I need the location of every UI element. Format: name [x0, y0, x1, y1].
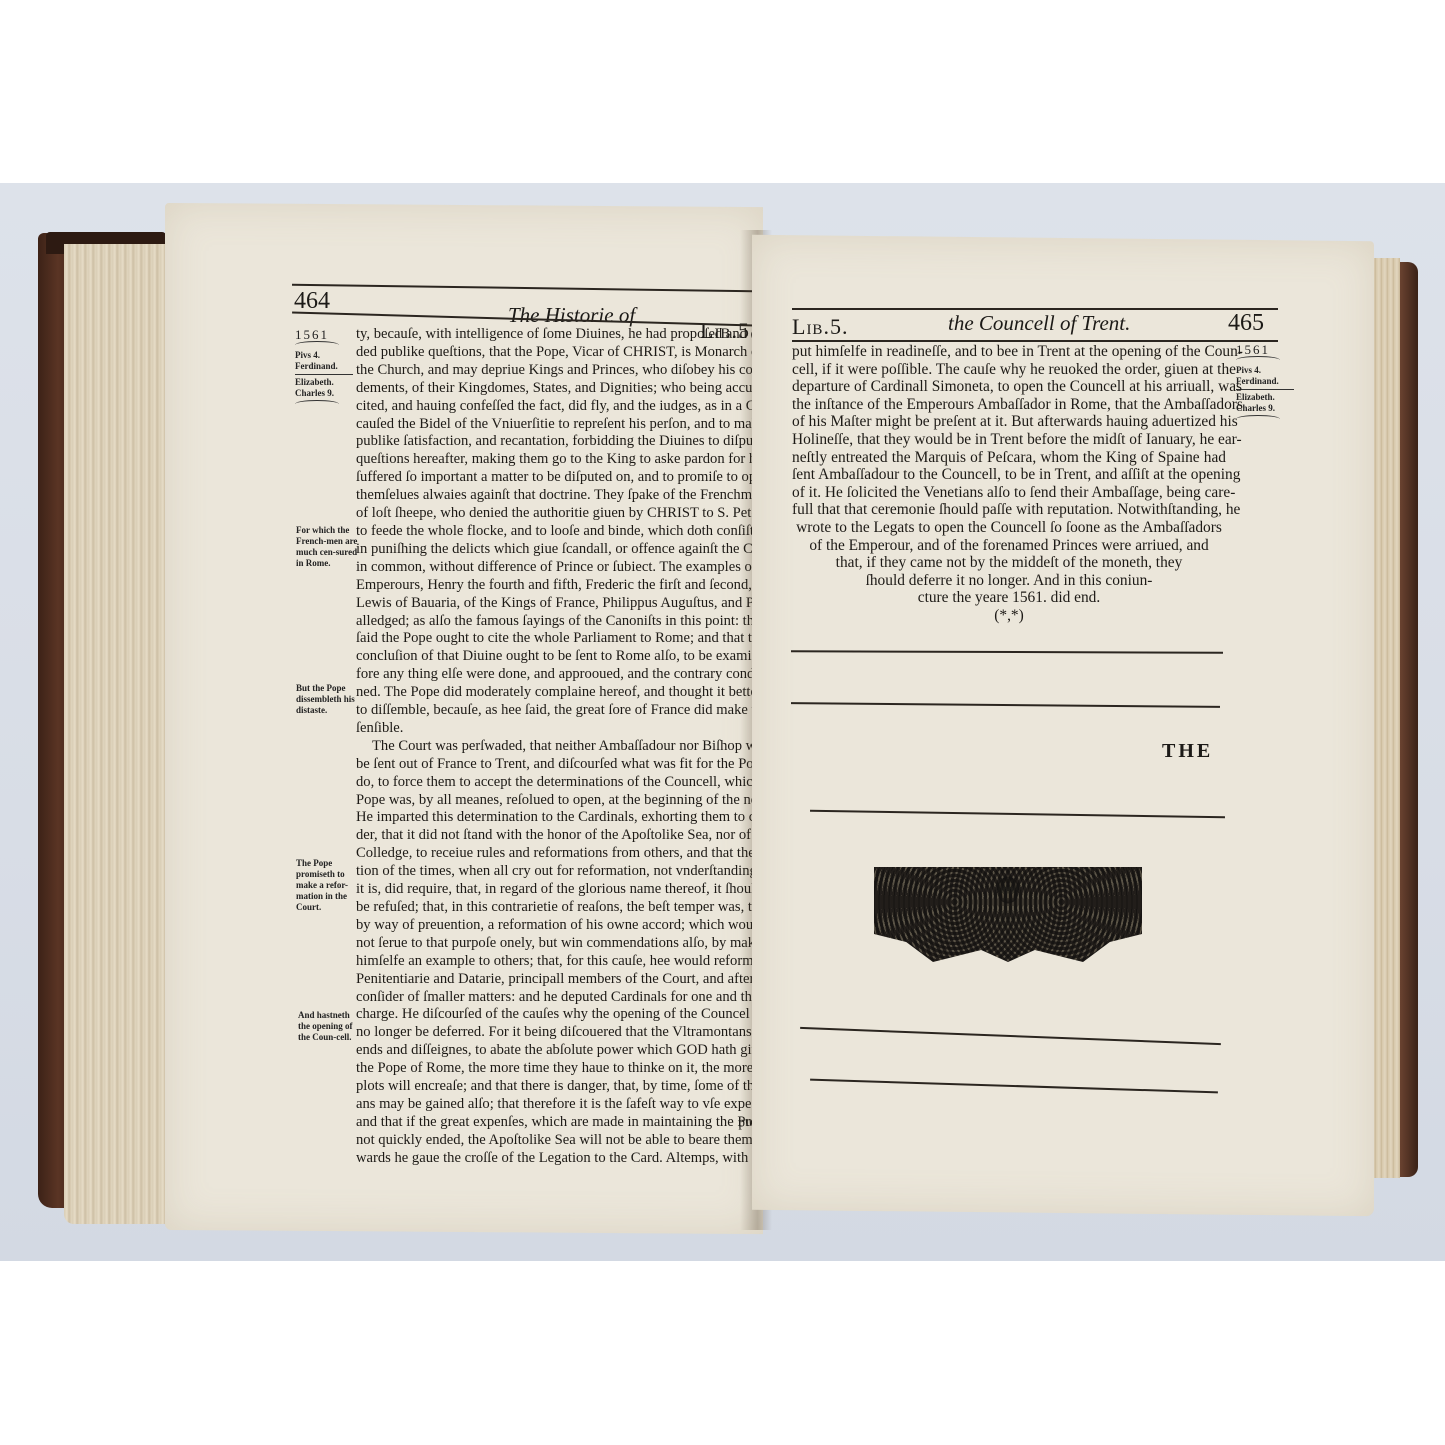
margin-note-2: But the Pope dissembleth his distaste.	[296, 683, 358, 716]
text-line: and that if the great expenſes, which ar…	[356, 1114, 754, 1132]
text-line: ſuffered ſo important a matter to be diſ…	[356, 469, 754, 487]
text-line: conſider of ſmaller matters: and he depu…	[356, 989, 754, 1007]
text-line: it is, did require, that, in regard of t…	[356, 881, 754, 899]
text-line: to feede the whole flocke, and to looſe …	[356, 523, 754, 541]
text-line: to diſſemble, becauſe, as hee ſaid, the …	[356, 702, 754, 720]
margin-year: 1561	[1236, 344, 1294, 355]
text-line: Colledge, to receiue rules and reformati…	[356, 845, 754, 863]
text-line: der, that it did not ſtand with the hono…	[356, 827, 754, 845]
text-line: himſelfe an example to others; that, for…	[356, 953, 754, 971]
body-text-right: put himſelfe in readineſſe, and to bee i…	[792, 343, 1226, 625]
text-line: ned. The Pope did moderately complaine h…	[356, 684, 754, 702]
text-line-tapered: ſhould deferre it no longer. And in this…	[792, 572, 1226, 590]
text-line: be refuſed; that, in this contrarietie o…	[356, 899, 754, 917]
margin-regnal-left: 1561 Pivs 4. Ferdinand. Elizabeth. Charl…	[295, 329, 353, 409]
margin-monarch-1: Elizabeth.	[295, 377, 353, 388]
text-line: neſtly entreated the Marquis of Peſcara,…	[792, 449, 1226, 467]
margin-pope: Pivs 4.	[1236, 365, 1294, 376]
text-line: the inſtance of the Emperours Ambaſſador…	[792, 396, 1226, 414]
text-line: ends and diſſeignes, to abate the abſolu…	[356, 1042, 754, 1060]
text-line: cell, if it were poſſible. The cauſe why…	[792, 361, 1226, 379]
page-edges-right	[1370, 258, 1400, 1178]
running-title-right: the Councell of Trent.	[948, 311, 1130, 336]
margin-emperor: Ferdinand.	[1236, 376, 1294, 387]
text-line: concluſion of that Diuine ought to be ſe…	[356, 648, 754, 666]
woodcut-tailpiece-ornament	[874, 862, 1142, 962]
text-line: Emperours, Henry the fourth and fifth, F…	[356, 577, 754, 595]
text-line: ans may be gained alſo; that therefore i…	[356, 1096, 754, 1114]
text-line-tapered: that, if they came not by the middeſt of…	[792, 554, 1226, 572]
text-line-tapered: wrote to the Legats to open the Councell…	[792, 519, 1226, 537]
margin-monarch-2: Charles 9.	[1236, 403, 1294, 414]
text-line: Penitentiarie and Datarie, principall me…	[356, 971, 754, 989]
text-line: of his Maſter might be preſent at it. Bu…	[792, 413, 1226, 431]
text-line: tion of the times, when all cry out for …	[356, 863, 754, 881]
text-line-tapered: of the Emperour, and of the forenamed Pr…	[792, 537, 1226, 555]
swash-ornament	[295, 400, 339, 408]
text-line: in common, without difference of Prince …	[356, 559, 754, 577]
page-number-right: 465	[1228, 310, 1264, 337]
text-line: of it. He ſolicited the Venetians alſo t…	[792, 484, 1226, 502]
text-line: charge. He diſcourſed of the cauſes why …	[356, 1006, 754, 1024]
text-line: themſelues alwaies againſt that doctrine…	[356, 487, 754, 505]
text-line: the Church, and may depriue Kings and Pr…	[356, 362, 754, 380]
header-rule-bottom-right	[792, 340, 1278, 342]
text-line: not quickly ended, the Apoſtolike Sea wi…	[356, 1132, 754, 1150]
margin-monarch-1: Elizabeth.	[1236, 392, 1294, 403]
text-line: ſenſible.	[356, 720, 754, 738]
text-line: publike ſatisfaction, and recantation, f…	[356, 433, 754, 451]
header-rule-top-right	[792, 308, 1278, 310]
text-line: the Pope of Rome, the more time they hau…	[356, 1060, 754, 1078]
text-line: ty, becauſe, with intelligence of ſome D…	[356, 326, 754, 344]
text-line: queſtions hereafter, making them go to t…	[356, 451, 754, 469]
swash-ornament	[295, 341, 339, 349]
text-line: Holineſſe, that they would be in Trent b…	[792, 431, 1226, 449]
margin-emperor: Ferdinand.	[295, 361, 353, 372]
text-line: put himſelfe in readineſſe, and to bee i…	[792, 343, 1226, 361]
text-line: ſent Ambaſſadour to the Councell, to be …	[792, 466, 1226, 484]
book-label-right: Lib.5.	[792, 314, 848, 340]
text-line: The Court was perſwaded, that neither Am…	[356, 738, 754, 756]
text-line-tapered: cture the yeare 1561. did end.	[792, 589, 1226, 607]
text-line: of loſt ſheepe, who denied the authoriti…	[356, 505, 754, 523]
text-line: ded publike queſtions, that the Pope, Vi…	[356, 344, 754, 362]
text-line: by way of preuention, a reformation of h…	[356, 917, 754, 935]
text-line: departure of Cardinall Simoneta, to open…	[792, 378, 1226, 396]
margin-note-4: And hastneth the opening of the Coun-cel…	[298, 1010, 360, 1043]
text-line: dements, of their Kingdomes, States, and…	[356, 380, 754, 398]
text-line: cauſed the Bidel of the Vniuerſitie to r…	[356, 416, 754, 434]
text-line: wards he gaue the croſſe of the Legation…	[356, 1150, 754, 1168]
text-line: fore any thing elſe were done, and appro…	[356, 666, 754, 684]
text-line: Pope was, by all meanes, reſolued to ope…	[356, 792, 754, 810]
running-title-left: The Historie of	[508, 303, 635, 328]
text-line: ſaid the Pope ought to cite the whole Pa…	[356, 630, 754, 648]
margin-note-1: For which the French-men are much cen-su…	[296, 525, 358, 569]
text-line: He imparted this determination to the Ca…	[356, 809, 754, 827]
margin-monarch-2: Charles 9.	[295, 388, 353, 399]
text-line: Lewis of Bauaria, of the Kings of France…	[356, 595, 754, 613]
page-edges-left	[64, 244, 174, 1224]
body-text-left: ty, becauſe, with intelligence of ſome D…	[356, 326, 754, 1168]
text-line: full that that ceremonie ſhould paſſe wi…	[792, 501, 1226, 519]
text-line: be ſent out of France to Trent, and diſc…	[356, 756, 754, 774]
text-line: alledged; as alſo the famous ſayings of …	[356, 613, 754, 631]
margin-regnal-right: 1561 Pivs 4. Ferdinand. Elizabeth. Charl…	[1236, 344, 1294, 424]
margin-divider	[1236, 389, 1294, 390]
margin-note-3: The Pope promiseth to make a refor-matio…	[296, 858, 358, 913]
next-section-heading: THE	[1162, 740, 1213, 763]
text-line: in puniſhing the delicts which giue ſcan…	[356, 541, 754, 559]
text-line: plots will encreaſe; and that there is d…	[356, 1078, 754, 1096]
swash-ornament	[1236, 415, 1280, 423]
margin-year: 1561	[295, 329, 353, 340]
end-mark: (*,*)	[792, 607, 1226, 625]
margin-divider	[295, 374, 353, 375]
text-line: do, to force them to accept the determin…	[356, 774, 754, 792]
text-line: not ſerue to that purpoſe onely, but win…	[356, 935, 754, 953]
margin-pope: Pivs 4.	[295, 350, 353, 361]
text-line: cited, and hauing confeſſed the fact, di…	[356, 398, 754, 416]
text-line: no longer be deferred. For it being diſc…	[356, 1024, 754, 1042]
